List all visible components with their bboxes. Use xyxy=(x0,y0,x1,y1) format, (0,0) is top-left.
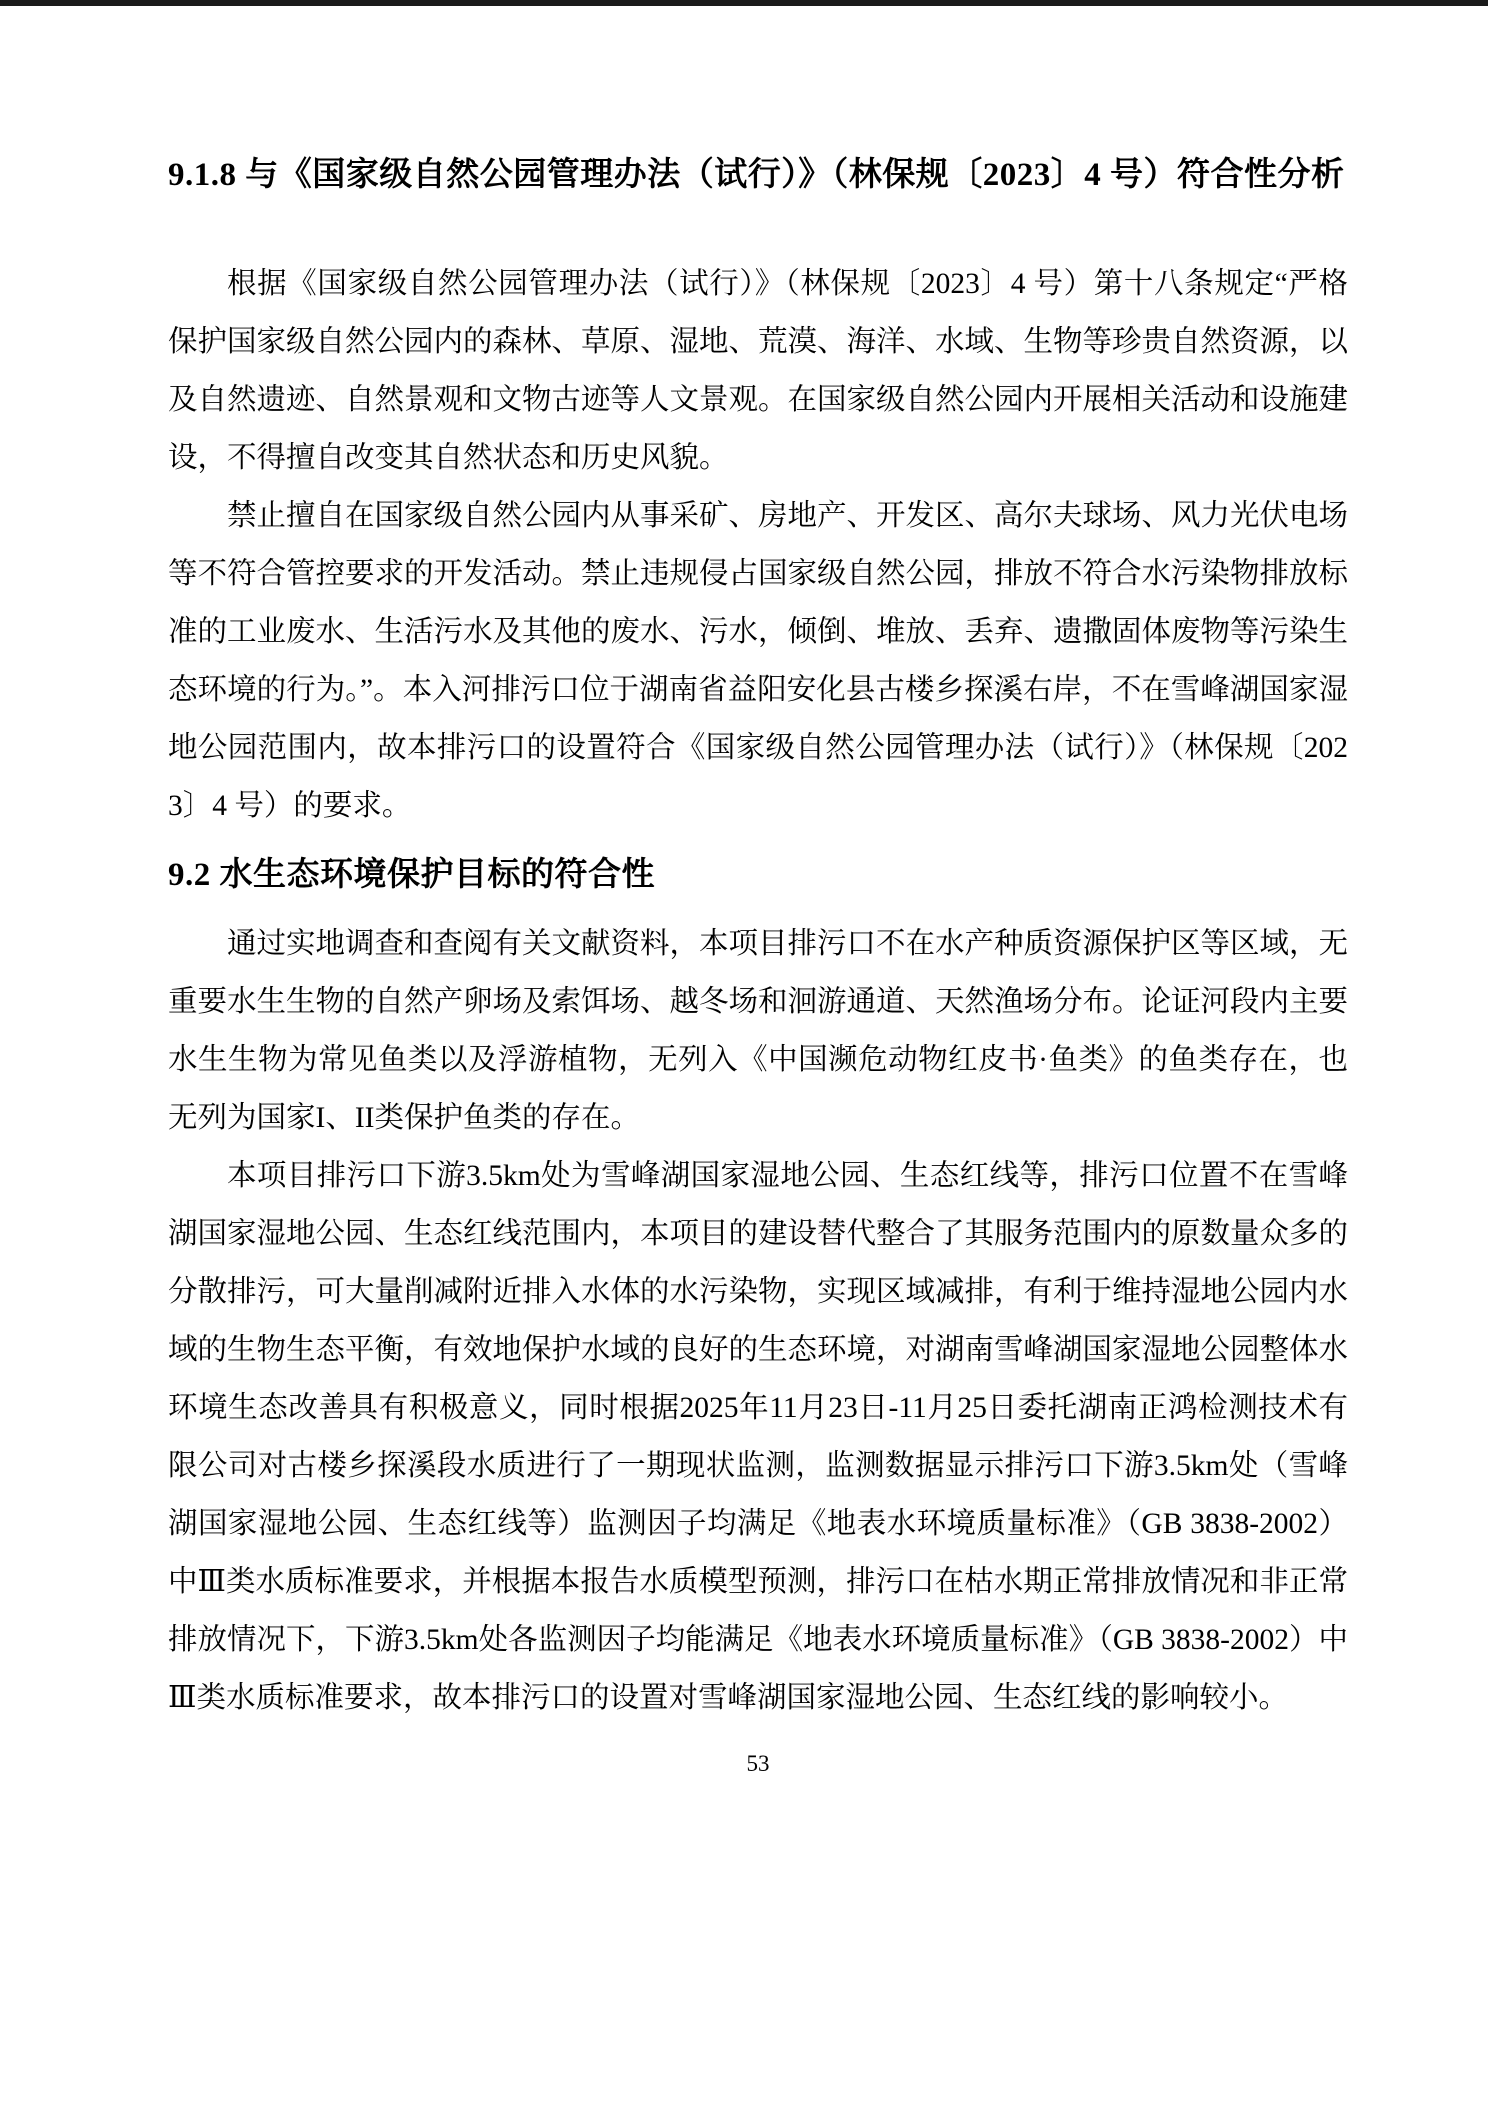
paragraph-aquatic-targets: 通过实地调查和查阅有关文献资料，本项目排污口不在水产种质资源保护区等区域，无重要… xyxy=(168,915,1348,1147)
paragraph-regulation-quote-1: 根据《国家级自然公园管理办法（试行）》（林保规〔2023〕4 号）第十八条规定“… xyxy=(168,255,1348,487)
section-heading-9-1-8: 9.1.8 与《国家级自然公园管理办法（试行）》（林保规〔2023〕4 号）符合… xyxy=(168,141,1348,209)
paragraph-wetland-park-analysis: 本项目排污口下游3.5km处为雪峰湖国家湿地公园、生态红线等，排污口位置不在雪峰… xyxy=(168,1147,1348,1727)
page-number: 53 xyxy=(168,1749,1348,1779)
section-heading-9-2: 9.2 水生态环境保护目标的符合性 xyxy=(168,841,1348,909)
paragraph-regulation-quote-2: 禁止擅自在国家级自然公园内从事采矿、房地产、开发区、高尔夫球场、风力光伏电场等不… xyxy=(168,487,1348,835)
document-page: 9.1.8 与《国家级自然公园管理办法（试行）》（林保规〔2023〕4 号）符合… xyxy=(0,0,1488,2104)
page-content: 9.1.8 与《国家级自然公园管理办法（试行）》（林保规〔2023〕4 号）符合… xyxy=(0,6,1488,1779)
